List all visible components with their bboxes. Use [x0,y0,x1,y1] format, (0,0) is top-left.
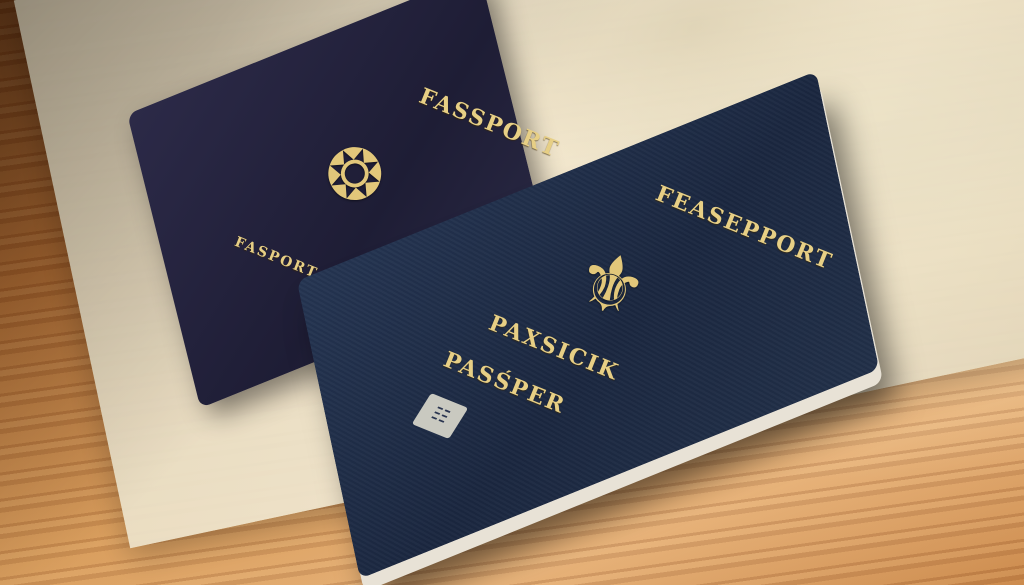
photo-scene: FASSPORT ❂ FASPORT FEASEPPORT ⚜ PAXSICIK… [0,0,1024,585]
